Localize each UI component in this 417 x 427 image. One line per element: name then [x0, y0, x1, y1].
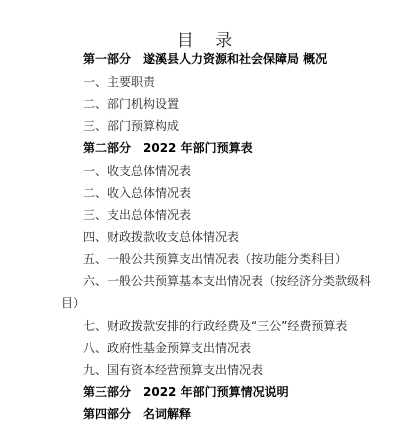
toc-item[interactable]: 四、财政拨款收支总体情况表 [83, 229, 239, 245]
toc-item[interactable]: 三、部门预算构成 [83, 118, 179, 134]
toc-part-3[interactable]: 第三部分 2022 年部门预算情况说明 [83, 384, 289, 400]
toc-item[interactable]: 八、政府性基金预算支出情况表 [83, 340, 251, 356]
toc-item[interactable]: 三、支出总体情况表 [83, 207, 191, 223]
toc-item[interactable]: 一、主要职责 [83, 74, 155, 90]
toc-item[interactable]: 九、国有资本经营预算支出情况表 [83, 362, 263, 378]
toc-item[interactable]: 二、收入总体情况表 [83, 185, 191, 201]
toc-item[interactable]: 六、一般公共预算基本支出情况表（按经济分类款级科 [83, 273, 371, 289]
toc-part-2[interactable]: 第二部分 2022 年部门预算表 [83, 140, 253, 156]
toc-part-4[interactable]: 第四部分 名词解释 [83, 406, 191, 422]
toc-item[interactable]: 五、一般公共预算支出情况表（按功能分类科目） [83, 251, 347, 267]
toc-item[interactable]: 七、财政拨款安排的行政经费及“三公”经费预算表 [83, 318, 347, 334]
toc-part-1[interactable]: 第一部分 遂溪县人力资源和社会保障局 概况 [83, 51, 327, 67]
toc-item[interactable]: 二、部门机构设置 [83, 96, 179, 112]
toc-item[interactable]: 一、收支总体情况表 [83, 163, 191, 179]
toc-item-wrap[interactable]: 目） [61, 295, 85, 311]
toc-title: 目 录 [0, 26, 417, 51]
